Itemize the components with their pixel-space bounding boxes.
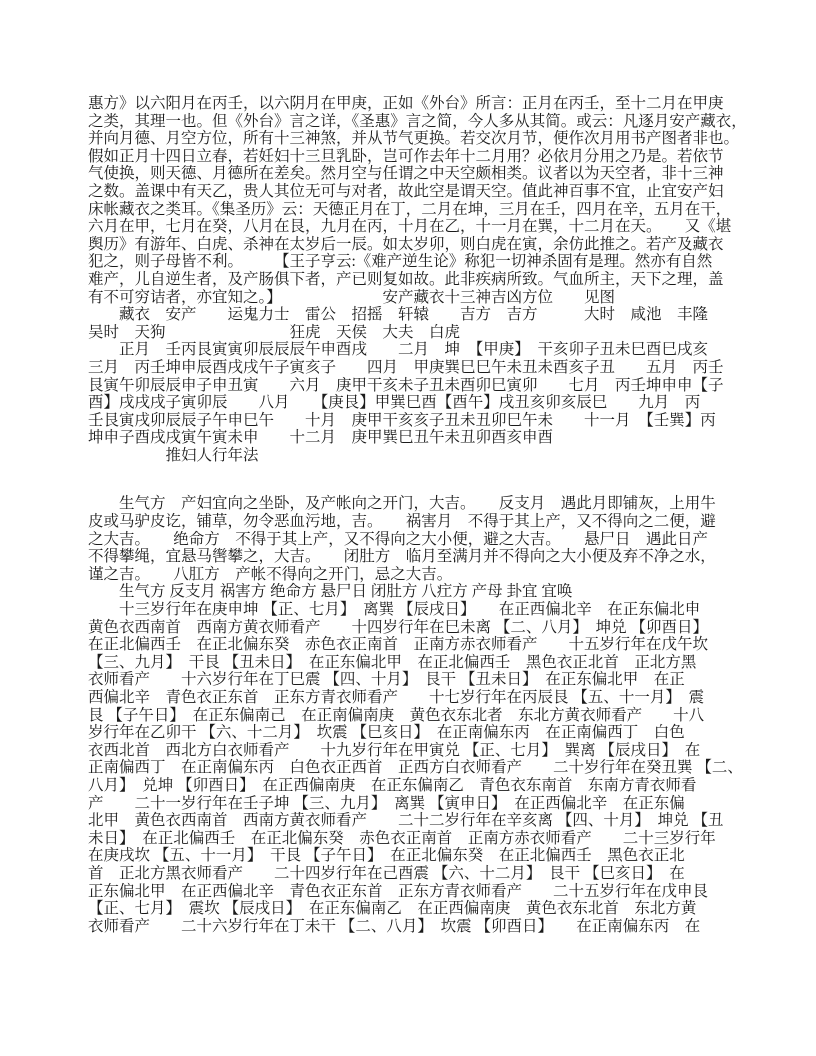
text-line: 坤申子酉戌戌寅午寅未申 十二月 庚甲巽巳丑午未丑卯酉亥申酉 [88,429,748,447]
text-line: 酉】戌戌戌子寅卯辰 八月 【庚艮】甲巽巳酉【酉午】戌丑亥卯亥辰巳 九月 丙 [88,394,748,412]
text-line: 吴时 天狗 狂虎 天侯 大夫 白虎 [88,324,748,342]
text-line: 衣师看产 十六岁行年在丁巳震 【四、十月】 艮干 【丑未日】 在正东偏北甲 在正 [88,671,748,689]
text-line: 舆历》有游年、白虎、杀神在太岁后一辰。如太岁卯，则白虎在寅，余仿此推之。若产及藏… [88,236,748,254]
text-line: 正月 壬丙艮寅寅卯辰辰辰午申酉戌 二月 坤 【甲庚】 干亥卯子丑未巳酉巳戌亥 [88,341,748,359]
section-directions-paragraph: 生气方 产妇宜向之坐卧，及产帐向之开门，大吉。 反支月 遇此月即铺灰，上用牛皮或… [88,495,748,583]
text-line: 在庚戌坎 【五、十一月】 干艮 【子午日】 在正北偏东癸 在正北偏西壬 黑色衣正… [88,847,748,865]
text-line: 艮 【子午日】 在正东偏南己 在正南偏南庚 黄色衣东北者 东北方黄衣师看产 十八 [88,707,748,725]
section-subtitle-row: 推妇人行年法 [88,447,748,465]
text-line: 西偏北辛 青色衣正东首 正东方青衣师看产 十七岁行年在丙辰艮 【五、十一月】 震 [88,689,748,707]
section-year-entries: 十三岁行年在庚申坤 【正、七月】 离巽 【辰戌日】 在正西偏北辛 在正东偏北申黄… [88,601,748,935]
text-line: 惠方》以六阳月在丙壬，以六阴月在甲庚，正如《外台》所言：正月在丙壬，至十二月在甲… [88,95,748,113]
text-line: 床帐藏衣之类耳。《集圣历》云：天德正月在丁，二月在坤，三月在壬，四月在辛，五月在… [88,201,748,219]
text-line: 岁行年在乙卯干 【六、十二月】 坎震 【巳亥日】 在正南偏东丙 在正南偏西丁 白… [88,724,748,742]
text-line: 艮寅午卯辰辰申子申丑寅 六月 庚甲干亥未子丑未酉卯巳寅卯 七月 丙壬坤申申【子 [88,377,748,395]
text-line: 假如正月十四日立春，若妊妇十三旦乳卧，岂可作去年十二月用？必依月分用之乃是。若依… [88,148,748,166]
text-line: 犯之，则子母皆不利。 【王子亨云:《难产逆生论》称犯一切神杀固有是理。然亦有自然 [88,253,748,271]
text-line: 之类，其理一也。但《外台》言之详，《圣惠》言之简，今人多从其简。或云：凡逐月安产… [88,113,748,131]
text-line: 难产，儿自逆生者，及产肠俱下者，产已则复如故。此非疾病所致。气血所主，天下之理，… [88,271,748,289]
text-line: 衣西北首 西北方白衣师看产 十九岁行年在甲寅兑 【正、七月】 巽离 【辰戌日】 … [88,742,748,760]
text-line: 黄色衣西南首 西南方黄衣师看产 十四岁行年在巳未离 【二、八月】 坤兑 【卯酉日… [88,619,748,637]
section-column-header-row: 生气方 反支月 祸害方 绝命方 悬尸日 闭肚方 八疘方 产母 卦宜 宜唤 [88,583,748,601]
text-line: 正东偏北甲 在正西偏北辛 青色衣正东首 正东方青衣师看产 二十五岁行年在戊申艮 [88,883,748,901]
text-line: 之数。盖课中有天乙，贵人其位无可与对者，故此空是谓天空。值此神百事不宜，止宜安产… [88,183,748,201]
text-line: 谨之吉。 八肛方 产帐不得向之开门，忌之大吉。 [88,566,748,584]
text-line: 在正北偏西壬 在正北偏东癸 赤色衣正南首 正南方赤衣师看产 十五岁行年在戊午坎 [88,636,748,654]
text-line: 皮或马驴皮讫，铺草，勿令恶血污地，吉。 祸害月 不得于其上产，又不得向之二便，避 [88,513,748,531]
text-line: 十三岁行年在庚申坤 【正、七月】 离巽 【辰戌日】 在正西偏北辛 在正东偏北申 [88,601,748,619]
text-line: 推妇人行年法 [88,447,748,465]
text-line: 气使换，则天德、月德所在差矣。然月空与任谓之中天空颇相类。议者以为天空者，非十三… [88,165,748,183]
text-line: 产 二十一岁行年在壬子坤 【三、九月】 离巽 【寅申日】 在正西偏北辛 在正东偏 [88,795,748,813]
text-line: 未日】 在正北偏西壬 在正北偏东癸 赤色衣正南首 正南方赤衣师看产 二十三岁行年 [88,830,748,848]
text-line: 衣师看产 二十六岁行年在丁未干 【二、八月】 坎震 【卯酉日】 在正南偏东丙 在 [88,918,748,936]
text-line: 并向月德、月空方位，所有十三神煞，并从节气更换。若交次月节，便作次月用书产图者非… [88,130,748,148]
document-body: 惠方》以六阳月在丙壬，以六阴月在甲庚，正如《外台》所言：正月在丙壬，至十二月在甲… [88,95,748,935]
text-line: 生气方 反支月 祸害方 绝命方 悬尸日 闭肚方 八疘方 产母 卦宜 宜唤 [88,583,748,601]
text-line: 三月 丙壬坤申辰酉戌戌午子寅亥子 四月 甲庚巽巳巳午未丑未酉亥子丑 五月 丙壬 [88,359,748,377]
text-line: 藏衣 安产 运鬼力士 雷公 招摇 轩辕 吉方 吉方 大时 咸池 丰隆 [88,306,748,324]
section-thirteen-spirits-table: 藏衣 安产 运鬼力士 雷公 招摇 轩辕 吉方 吉方 大时 咸池 丰隆吴时 天狗 … [88,306,748,447]
text-line: 【正、七月】 震坎 【辰戌日】 在正东偏南乙 在正西偏南庚 黄色衣东北首 东北方… [88,900,748,918]
document-page: 惠方》以六阳月在丙壬，以六阴月在甲庚，正如《外台》所言：正月在丙壬，至十二月在甲… [0,0,816,1056]
text-line: 首 正北方黑衣师看产 二十四岁行年在己酉震 【六、十二月】 艮干 【巳亥日】 在 [88,865,748,883]
text-line: 有不可穷诘者，亦宜知之。】 安产藏衣十三神吉凶方位 见图 [88,289,748,307]
text-line: 之大吉。 绝命方 不得于其上产，又不得向之大小便，避之大吉。 悬尸日 遇此日产 [88,531,748,549]
text-line: 六月在甲，七月在癸，八月在艮，九月在丙，十月在乙，十一月在巽，十二月在天。 又《… [88,218,748,236]
text-line: 【三、九月】 干艮 【丑未日】 在正东偏北甲 在正北偏西壬 黑色衣正北首 正北方… [88,654,748,672]
text-line: 不得攀绳，宜悬马辔攀之，大吉。 闭肚方 临月至满月并不得向之大小便及弃不净之水， [88,548,748,566]
text-line: 生气方 产妇宜向之坐卧，及产帐向之开门，大吉。 反支月 遇此月即铺灰，上用牛 [88,495,748,513]
text-line: 八月】 兑坤 【卯酉日】 在正西偏南庚 在正东偏南乙 青色衣东南首 东南方青衣师… [88,777,748,795]
section-intro-paragraph: 惠方》以六阳月在丙壬，以六阴月在甲庚，正如《外台》所言：正月在丙壬，至十二月在甲… [88,95,748,306]
text-line: 壬艮寅戌卯辰辰子午申巳午 十月 庚甲干亥亥子丑未丑卯巳午未 十一月 【壬巽】丙 [88,412,748,430]
text-line: 正南偏西丁 在正南偏东丙 白色衣正西首 正西方白衣师看产 二十岁行年在癸丑巽 【… [88,759,748,777]
text-line: 北甲 黄色衣西南首 西南方黄衣师看产 二十二岁行年在辛亥离 【四、十月】 坤兑 … [88,812,748,830]
